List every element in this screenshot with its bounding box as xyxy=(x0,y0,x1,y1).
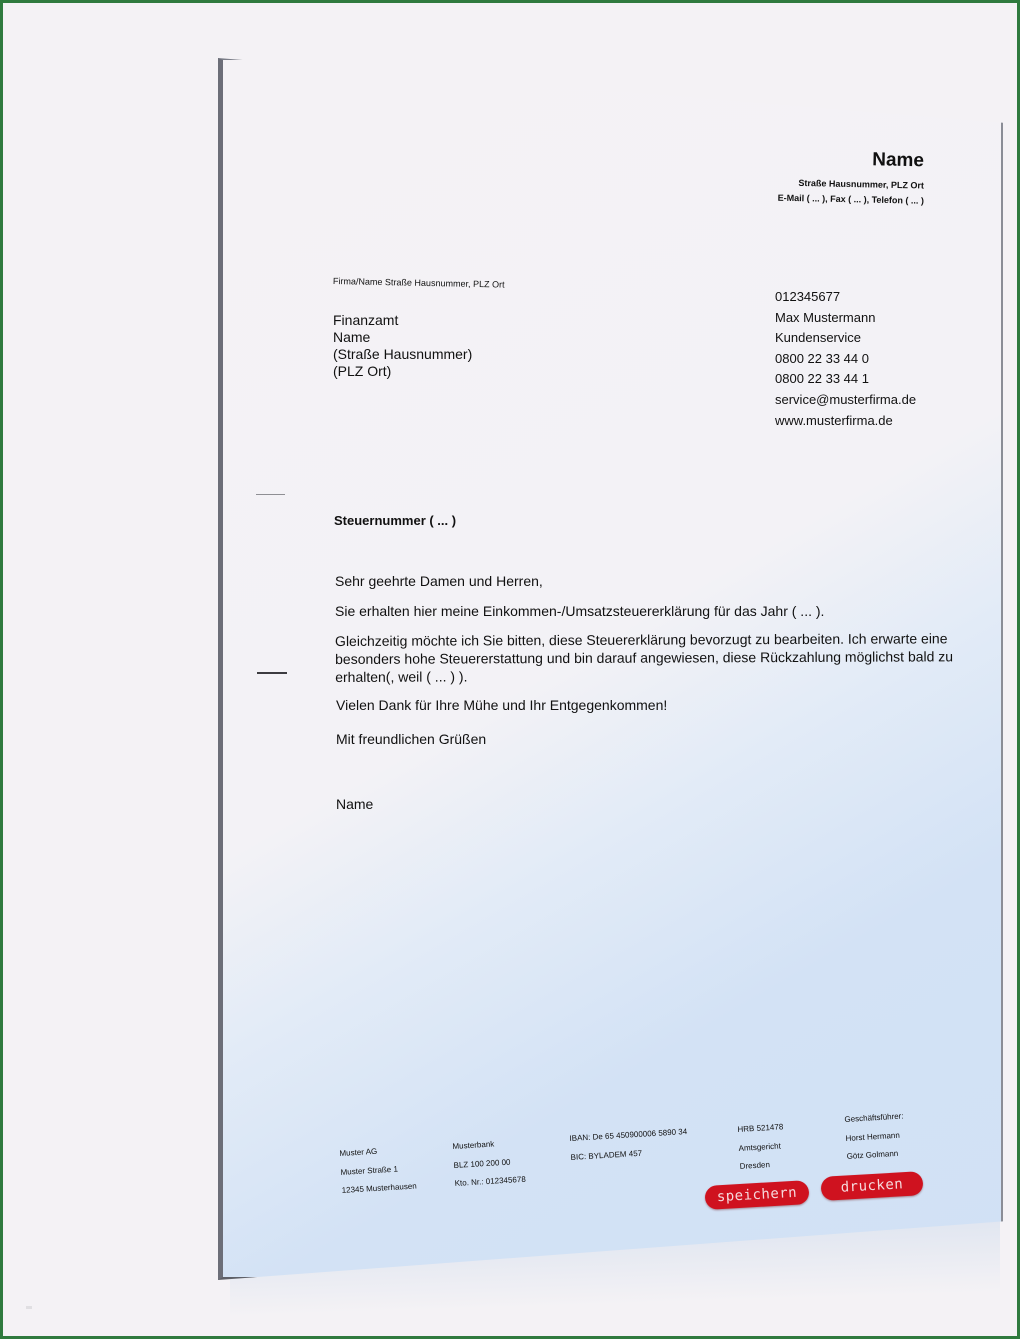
punch-mark xyxy=(257,672,287,674)
save-button[interactable]: speichern xyxy=(704,1180,809,1210)
website: www.musterfirma.de xyxy=(775,411,916,432)
return-address: Firma/Name Straße Hausnummer, PLZ Ort xyxy=(333,276,505,290)
watermark-dot xyxy=(26,1306,32,1309)
letter-closing: Mit freundlichen Grüßen xyxy=(336,731,486,747)
recipient-line: Name xyxy=(333,329,472,346)
email-address: service@musterfirma.de xyxy=(775,390,916,411)
footer-management: Geschäftsführer: Horst Hermann Götz Golm… xyxy=(844,1107,906,1166)
contact-person: Max Mustermann xyxy=(775,308,916,329)
fax-number: 0800 22 33 44 1 xyxy=(775,369,916,390)
print-button[interactable]: drucken xyxy=(820,1171,923,1201)
footer-line: Dresden xyxy=(739,1155,786,1176)
footer-line: Kto. Nr.: 012345678 xyxy=(454,1171,526,1194)
recipient-line: (PLZ Ort) xyxy=(333,363,472,380)
letterhead-address: Straße Hausnummer, PLZ Ort xyxy=(680,175,924,190)
letter-content: Name Straße Hausnummer, PLZ Ort E-Mail (… xyxy=(0,0,1020,1339)
letterhead-name: Name xyxy=(700,146,924,173)
footer-line: 12345 Musterhausen xyxy=(341,1177,417,1200)
reference-number: 012345677 xyxy=(775,287,916,308)
footer-line: Amtsgericht xyxy=(738,1137,785,1158)
letter-signature: Name xyxy=(336,796,373,812)
footer-register: HRB 521478 Amtsgericht Dresden xyxy=(737,1118,786,1176)
letter-thanks: Vielen Dank für Ihre Mühe und Ihr Entgeg… xyxy=(336,697,667,713)
phone-number: 0800 22 33 44 0 xyxy=(775,349,916,370)
recipient-address: Finanzamt Name (Straße Hausnummer) (PLZ … xyxy=(333,312,472,380)
letter-paragraph-1: Sie erhalten hier meine Einkommen-/Umsat… xyxy=(335,603,824,619)
recipient-line: Finanzamt xyxy=(333,312,472,329)
footer-iban: IBAN: De 65 450900006 5890 34 BIC: BYLAD… xyxy=(569,1123,689,1167)
footer-company: Muster AG Muster Straße 1 12345 Musterha… xyxy=(339,1141,417,1201)
fold-mark xyxy=(256,494,285,495)
footer-line: Götz Golmann xyxy=(846,1144,906,1166)
letter-subject: Steuernummer ( ... ) xyxy=(334,513,456,528)
paragraph-line: erhalten(, weil ( ... ) ). xyxy=(335,665,953,686)
footer-bank: Musterbank BLZ 100 200 00 Kto. Nr.: 0123… xyxy=(452,1134,526,1194)
letter-salutation: Sehr geehrte Damen und Herren, xyxy=(335,573,543,589)
footer-line: HRB 521478 xyxy=(737,1118,784,1139)
paragraph-line: besonders hohe Steuererstattung und bin … xyxy=(335,647,953,668)
recipient-line: (Straße Hausnummer) xyxy=(333,346,472,363)
department: Kundenservice xyxy=(775,328,916,349)
letter-paragraph-2: Gleichzeitig möchte ich Sie bitten, dies… xyxy=(335,629,953,686)
letterhead-contact: E-Mail ( ... ), Fax ( ... ), Telefon ( .… xyxy=(660,190,924,206)
info-block: 012345677 Max Mustermann Kundenservice 0… xyxy=(775,287,916,431)
